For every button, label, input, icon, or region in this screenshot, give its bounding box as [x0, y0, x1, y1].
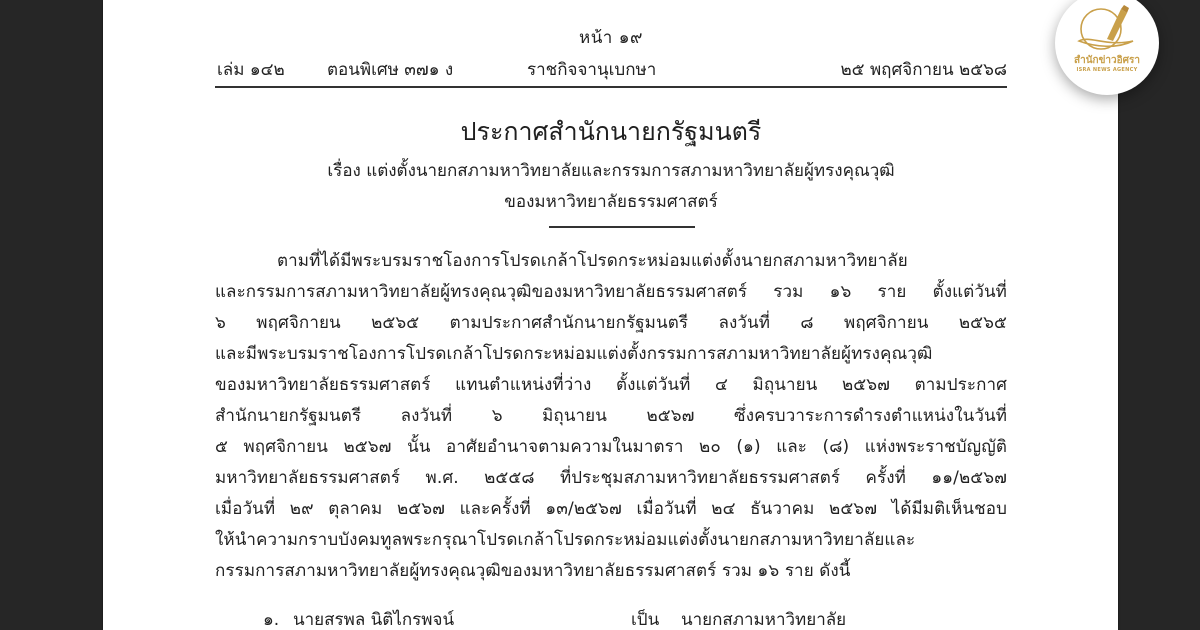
document-subject: เรื่อง แต่งตั้งนายกสภามหาวิทยาลัยและกรรม…	[215, 156, 1007, 218]
body-line: ให้นำความกราบบังคมทูลพระกรุณาโปรดเกล้าโป…	[215, 525, 1007, 556]
body-line: ๕ พฤศจิกายน ๒๕๖๗ นั้น อาศัยอำนาจตามความใ…	[215, 432, 1007, 463]
body-line: ๖ พฤศจิกายน ๒๕๖๕ ตามประกาศสำนักนายกรัฐมน…	[215, 308, 1007, 339]
document-body: ตามที่ได้มีพระบรมราชโองการโปรดเกล้าโปรดก…	[215, 246, 1007, 587]
appointee-list-item: ๑. นายสรพล นิติไกรพจน์ เป็น นายกสภามหาวิ…	[215, 606, 1007, 630]
body-line: สำนักนายกรัฐมนตรี ลงวันที่ ๖ มิถุนายน ๒๕…	[215, 401, 1007, 432]
gazette-page: หน้า ๑๙ เล่ม ๑๔๒ ตอนพิเศษ ๓๗๑ ง ราชกิจจา…	[103, 0, 1118, 630]
header-divider	[215, 86, 1007, 88]
logo-name-english: ISRA NEWS AGENCY	[1055, 67, 1159, 73]
volume-number: เล่ม ๑๔๒	[217, 56, 285, 83]
isra-news-logo: สำนักข่าวอิศรา ISRA NEWS AGENCY	[1055, 0, 1159, 95]
title-divider	[549, 226, 695, 228]
body-line: และมีพระบรมราชโองการโปรดเกล้าโปรดกระหม่อ…	[215, 339, 1007, 370]
page-number: หน้า ๑๙	[215, 24, 1007, 51]
gazette-name: ราชกิจจานุเบกษา	[527, 56, 656, 83]
list-number: ๑.	[263, 606, 279, 630]
fountain-pen-icon	[1077, 5, 1137, 55]
subject-line: เรื่อง แต่งตั้งนายกสภามหาวิทยาลัยและกรรม…	[215, 156, 1007, 187]
appointee-as-label: เป็น	[631, 606, 659, 630]
appointee-role: นายกสภามหาวิทยาลัย	[681, 606, 846, 630]
body-line: ตามที่ได้มีพระบรมราชโองการโปรดเกล้าโปรดก…	[215, 246, 1007, 277]
body-line: และกรรมการสภามหาวิทยาลัยผู้ทรงคุณวุฒิของ…	[215, 277, 1007, 308]
document-title: ประกาศสำนักนายกรัฐมนตรี	[215, 112, 1007, 152]
publication-date: ๒๕ พฤศจิกายน ๒๕๖๘	[840, 56, 1007, 83]
issue-number: ตอนพิเศษ ๓๗๑ ง	[327, 56, 453, 83]
body-line: กรรมการสภามหาวิทยาลัยผู้ทรงคุณวุฒิของมหา…	[215, 556, 1007, 587]
gazette-header: เล่ม ๑๔๒ ตอนพิเศษ ๓๗๑ ง ราชกิจจานุเบกษา …	[215, 56, 1007, 82]
subject-line: ของมหาวิทยาลัยธรรมศาสตร์	[215, 187, 1007, 218]
appointee-name: นายสรพล นิติไกรพจน์	[293, 606, 454, 630]
body-line: เมื่อวันที่ ๒๙ ตุลาคม ๒๕๖๗ และครั้งที่ ๑…	[215, 494, 1007, 525]
logo-name-thai: สำนักข่าวอิศรา	[1055, 53, 1159, 68]
body-line: ของมหาวิทยาลัยธรรมศาสตร์ แทนตำแหน่งที่ว่…	[215, 370, 1007, 401]
body-line: มหาวิทยาลัยธรรมศาสตร์ พ.ศ. ๒๕๕๘ ที่ประชุ…	[215, 463, 1007, 494]
